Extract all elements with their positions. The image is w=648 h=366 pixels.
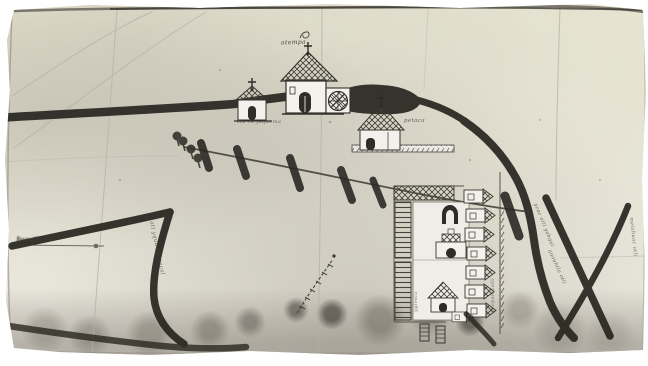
river-stroke — [0, 324, 246, 348]
footpath — [297, 254, 336, 313]
ladder-icon — [436, 326, 445, 343]
complex-long-roof — [395, 202, 411, 258]
house-icon — [467, 246, 496, 261]
river-stroke — [558, 206, 628, 338]
fold-crease — [92, 10, 117, 352]
place-label-petaca: petaca — [404, 119, 425, 125]
river-network — [0, 86, 628, 349]
bridge-bar — [290, 158, 300, 188]
fence-ticks — [499, 210, 505, 330]
map-sheet: atempa tza ca Jaquema petaca Juautla atl… — [0, 0, 648, 366]
map-photo-background: atempa tza ca Jaquema petaca Juautla atl… — [0, 0, 648, 366]
house-icon — [465, 227, 494, 242]
bridge-bar — [201, 143, 209, 168]
complex-top-roof — [394, 186, 454, 200]
flourish-mark — [300, 32, 309, 38]
paper-edge-shadow — [110, 7, 642, 10]
place-label-small-chapel: tza ca Jaquema — [237, 120, 281, 125]
path-stroke — [466, 314, 494, 344]
annotation-label-courtyard: yglesia — [414, 291, 419, 312]
paper-edge-shadow — [10, 351, 640, 354]
river-stroke — [154, 212, 184, 344]
fold-crease — [556, 8, 560, 200]
paper-edge-shadow — [8, 14, 12, 330]
complex-long-roof — [395, 262, 411, 320]
church-icon — [281, 42, 350, 114]
fold-crease — [424, 8, 428, 90]
bridge-bar — [373, 180, 383, 205]
map-artwork — [0, 0, 648, 366]
chapel-icon — [234, 78, 272, 121]
bridge-bar — [505, 196, 519, 236]
bridge-bar — [341, 170, 352, 200]
fold-crease — [318, 8, 322, 350]
tree-icon — [194, 154, 203, 169]
house-icon — [464, 189, 493, 204]
house-icon — [466, 208, 495, 223]
fold-crease — [4, 156, 180, 162]
ladder-icon — [420, 324, 429, 341]
annotation-label-complex-side: tecpan calli — [491, 278, 496, 312]
paper-edge-shadow — [643, 14, 645, 350]
fold-crease — [14, 12, 206, 148]
fold-crease — [12, 12, 152, 96]
place-label-atempa: atempa — [281, 40, 306, 47]
bridge-bar — [237, 149, 246, 176]
walled-complex — [394, 172, 505, 344]
place-label-smudged: Juautla — [16, 236, 42, 243]
